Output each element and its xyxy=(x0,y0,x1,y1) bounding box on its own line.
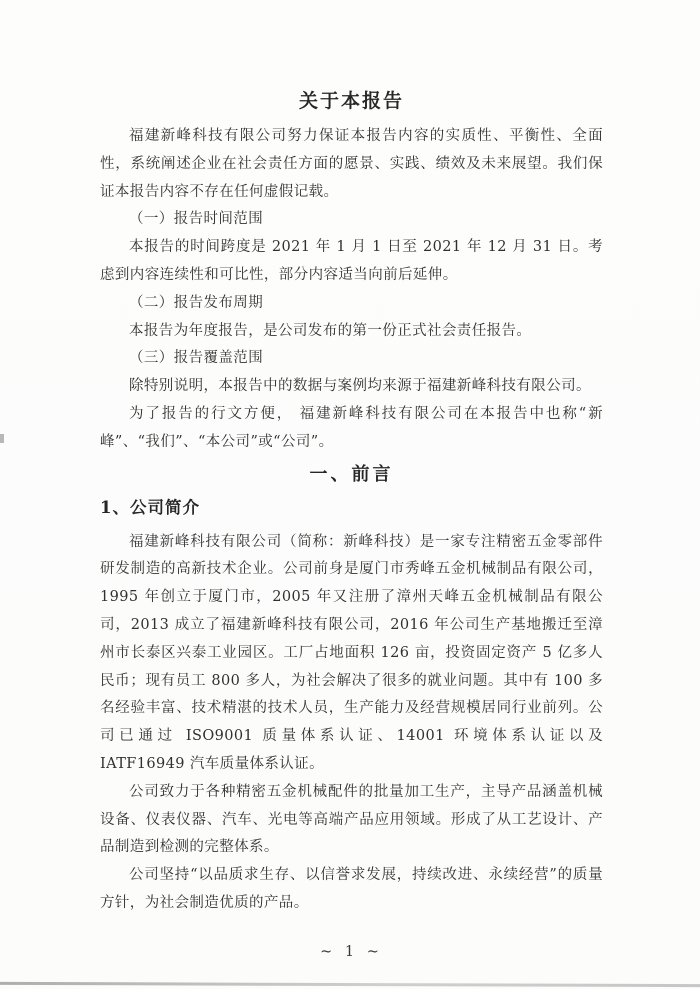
company-profile-paragraph-2: 公司致力于各种精密五金机械配件的批量加工生产，主导产品涵盖机械设备、仪表仪器、汽… xyxy=(100,779,603,862)
subsection-body-coverage-scope: 除特别说明，本报告中的数据与案例均来源于福建新峰科技有限公司。 xyxy=(100,373,603,401)
chapter-heading-foreword: 一、前言 xyxy=(100,460,603,490)
naming-note-paragraph: 为了报告的行文方便， 福建新峰科技有限公司在本报告中也称“新峰”、“我们”、“本… xyxy=(100,401,603,457)
scan-artifact-speck xyxy=(0,434,4,443)
scan-artifact-bottom-edge xyxy=(0,982,700,987)
page-number: ~ 1 ~ xyxy=(100,944,603,960)
company-profile-paragraph-3: 公司坚持“以品质求生存、以信誉求发展，持续改进、永续经营”的质量方针，为社会制造… xyxy=(100,862,603,918)
subsection-heading-report-period: （一）报告时间范围 xyxy=(100,206,603,234)
scanned-document-page: 关于本报告 福建新峰科技有限公司努力保证本报告内容的实质性、平衡性、全面性，系统… xyxy=(0,0,700,989)
subsection-body-report-period: 本报告的时间跨度是 2021 年 1 月 1 日至 2021 年 12 月 31… xyxy=(100,234,603,290)
company-profile-paragraph-1: 福建新峰科技有限公司（简称：新峰科技）是一家专注精密五金零部件研发制造的高新技术… xyxy=(100,529,603,779)
subsection-heading-release-cycle: （二）报告发布周期 xyxy=(100,290,603,318)
about-intro-paragraph: 福建新峰科技有限公司努力保证本报告内容的实质性、平衡性、全面性，系统阐述企业在社… xyxy=(100,123,603,206)
subsection-heading-coverage-scope: （三）报告覆盖范围 xyxy=(100,345,603,373)
subsection-body-release-cycle: 本报告为年度报告，是公司发布的第一份正式社会责任报告。 xyxy=(100,318,603,346)
section-heading-company-profile: 1、公司简介 xyxy=(100,493,603,523)
page-title: 关于本报告 xyxy=(100,87,603,115)
